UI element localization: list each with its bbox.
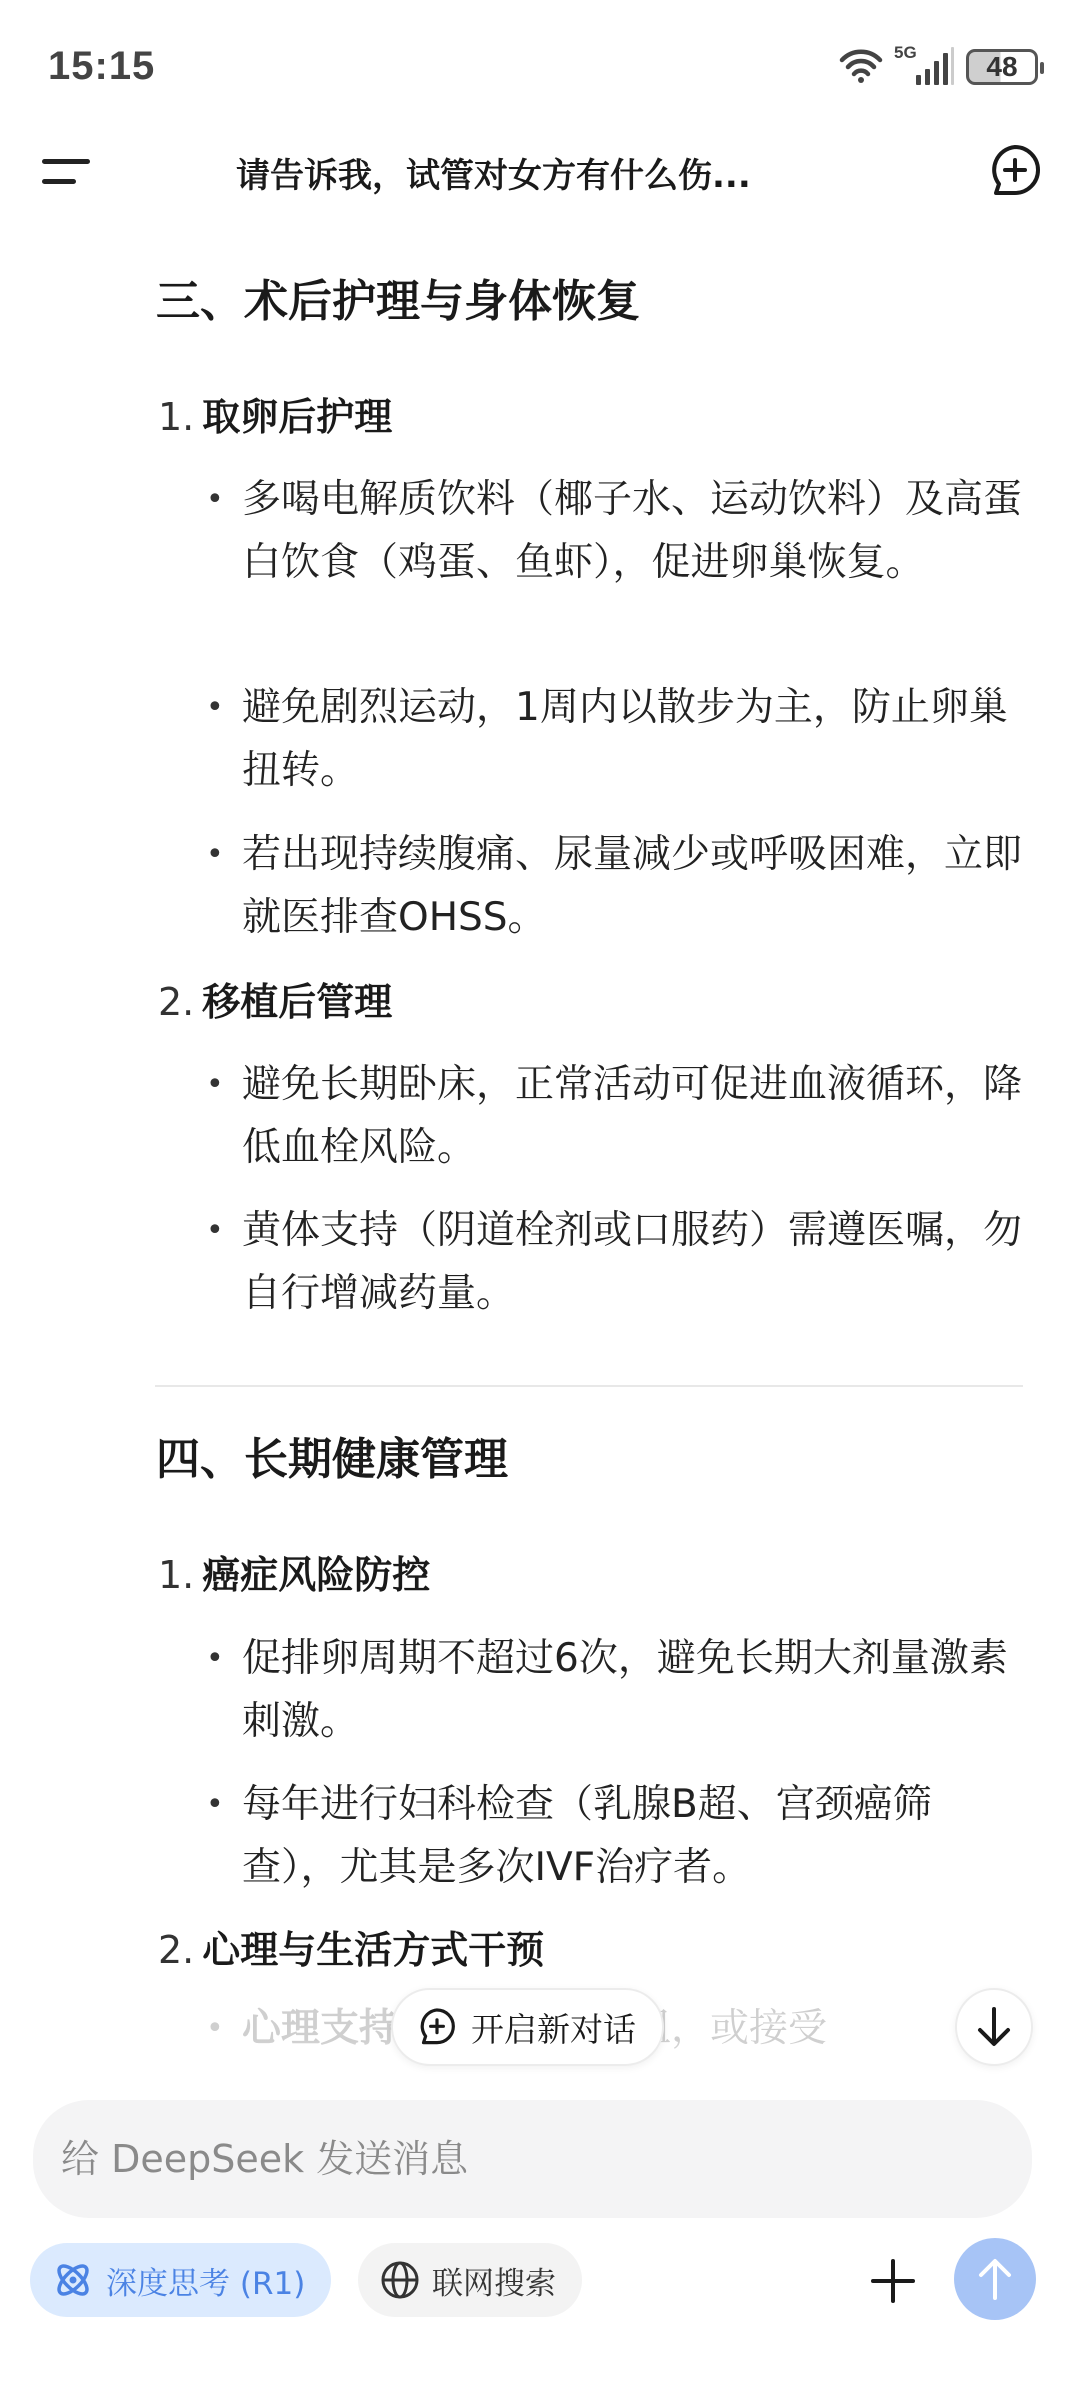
item-number: 2.: [158, 980, 194, 1024]
arrow-up-icon: [975, 2256, 1015, 2302]
message-input-container: [33, 2100, 1032, 2218]
item-title: 心理与生活方式干预: [202, 1928, 544, 1972]
menu-icon-line: [42, 179, 76, 184]
section-heading: 四、长期健康管理: [156, 1430, 508, 1490]
cellular-signal-icon: 5G: [894, 47, 956, 87]
numbered-item: 2.心理与生活方式干预: [158, 1922, 544, 1978]
item-title: 取卵后护理: [202, 395, 392, 439]
attach-button[interactable]: [862, 2250, 924, 2312]
wifi-icon: [838, 46, 884, 88]
bullet-item: 黄体支持（阴道栓剂或口服药）需遵医嘱，勿自行增减药量。: [206, 1199, 1026, 1325]
conversation-title: 请告诉我，试管对女方有什么伤...: [236, 148, 751, 197]
web-search-label: 联网搜索: [432, 2258, 556, 2303]
new-chat-icon: [984, 140, 1046, 202]
menu-icon: [42, 159, 90, 164]
battery-level: 48: [986, 51, 1017, 83]
new-conversation-label: 开启新对话: [471, 2004, 636, 2051]
atom-icon: [52, 2259, 94, 2301]
new-chat-button[interactable]: [984, 140, 1046, 202]
globe-icon: [380, 2260, 420, 2300]
deep-think-toggle[interactable]: 深度思考 (R1): [30, 2243, 331, 2317]
send-button[interactable]: [954, 2238, 1036, 2320]
status-time: 15:15: [48, 44, 155, 89]
deep-think-label: 深度思考 (R1): [106, 2258, 305, 2303]
new-conversation-button[interactable]: 开启新对话: [391, 1988, 664, 2066]
numbered-item: 1.癌症风险防控: [158, 1547, 430, 1603]
scroll-to-bottom-button[interactable]: [955, 1988, 1033, 2066]
bullet-item: 促排卵周期不超过6次，避免长期大剂量激素刺激。: [206, 1627, 1026, 1753]
bullet-item: 避免长期卧床，正常活动可促进血液循环，降低血栓风险。: [206, 1053, 1026, 1179]
web-search-toggle[interactable]: 联网搜索: [358, 2243, 582, 2317]
bullet-item: 若出现持续腹痛、尿量减少或呼吸困难，立即就医排查OHSS。: [206, 823, 1026, 949]
item-number: 1.: [158, 395, 194, 439]
numbered-item: 1.取卵后护理: [158, 389, 392, 445]
message-input[interactable]: [61, 2100, 961, 2218]
status-icons: 5G 48: [838, 46, 1038, 88]
new-chat-icon: [415, 2005, 459, 2049]
battery-icon: 48: [966, 49, 1038, 85]
section-divider: [155, 1385, 1023, 1387]
numbered-item: 2.移植后管理: [158, 974, 392, 1030]
arrow-down-icon: [974, 2005, 1014, 2049]
item-title: 癌症风险防控: [202, 1553, 430, 1597]
bullet-item: 多喝电解质饮料（椰子水、运动饮料）及高蛋白饮食（鸡蛋、鱼虾），促进卵巢恢复。: [206, 468, 1026, 594]
item-number: 2.: [158, 1928, 194, 1972]
bullet-item: 避免剧烈运动，1周内以散步为主，防止卵巢扭转。: [206, 676, 1026, 802]
menu-button[interactable]: [36, 145, 100, 199]
item-number: 1.: [158, 1553, 194, 1597]
section-heading: 三、术后护理与身体恢复: [156, 272, 640, 332]
plus-icon: [869, 2257, 917, 2305]
bullet-item: 每年进行妇科检查（乳腺B超、宫颈癌筛查），尤其是多次IVF治疗者。: [206, 1773, 1026, 1899]
item-title: 移植后管理: [202, 980, 392, 1024]
